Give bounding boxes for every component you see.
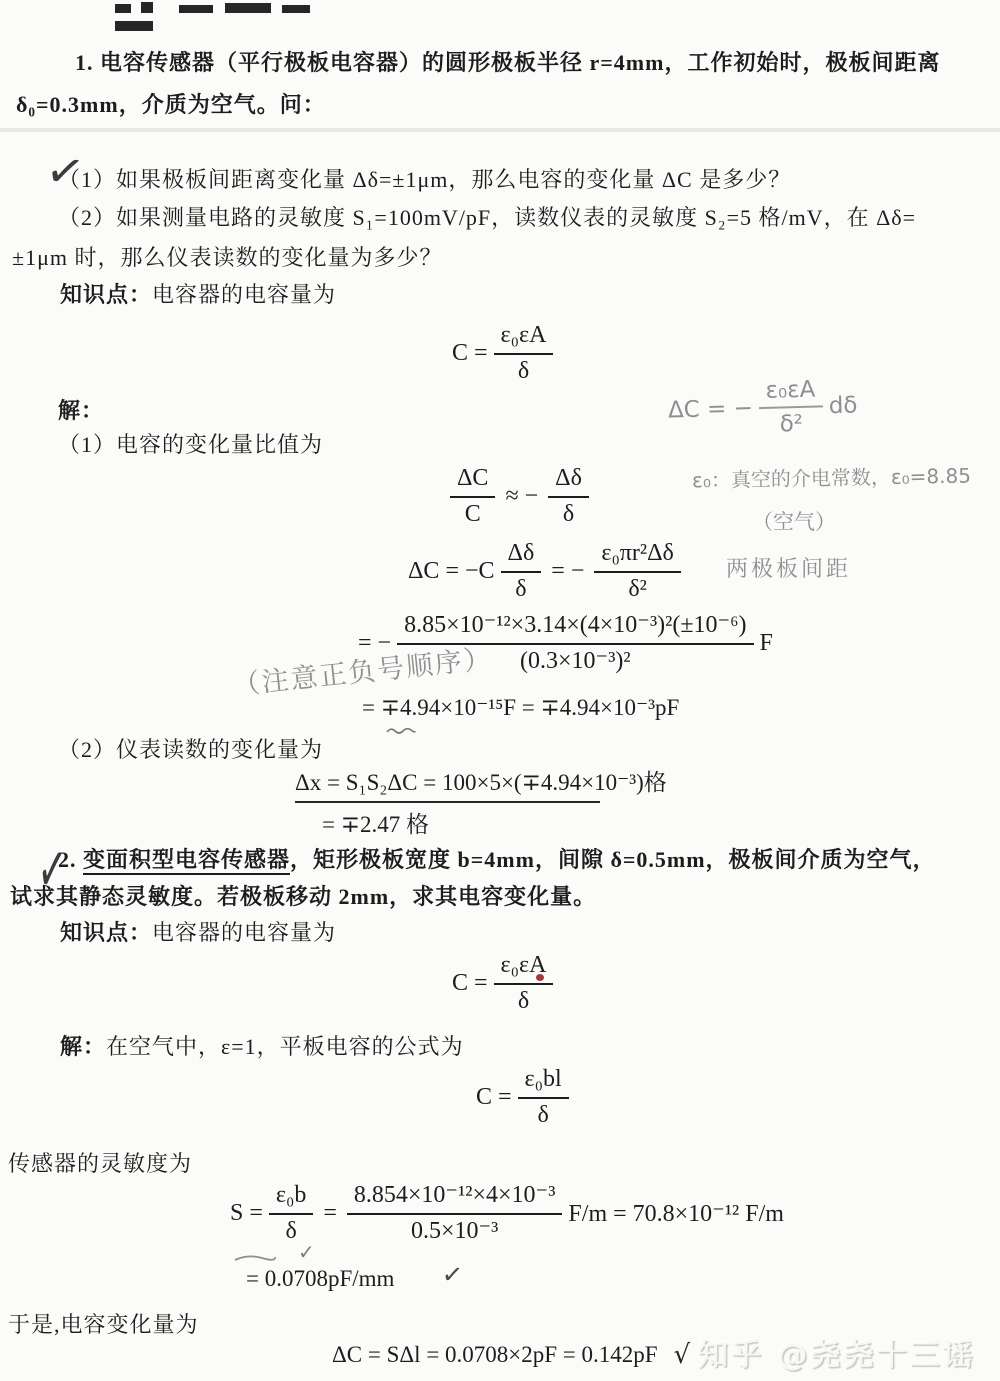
fraction: ε₀πr²Δδ δ² (594, 540, 681, 603)
problem2-title-underlined: 变面积型电容传感器 (83, 847, 290, 875)
result-line-1: = ∓4.94×10⁻¹⁵F = ∓4.94×10⁻³pF (362, 695, 679, 721)
problem2-knowledge-line: 知识点：电容器的电容量为 (60, 916, 336, 947)
handwritten-delta-c-formula: ΔC = − ε₀εA δ² dδ (667, 376, 858, 442)
fraction-denominator: δ² (628, 573, 647, 604)
fraction-numerator: Δδ (501, 540, 542, 573)
formula-lhs: S = (230, 1200, 263, 1227)
conclusion-label: 于是,电容变化量为 (8, 1308, 199, 1339)
step2-label: （2）仪表读数的变化量为 (58, 733, 323, 764)
formula-delta-c: ΔC = −C Δδ δ = − ε₀πr²Δδ δ² (408, 540, 687, 603)
formula-ratio: ΔC C ≈ − Δδ δ (444, 465, 595, 528)
problem1-question2-line1: （2）如果测量电路的灵敏度 S₁=100mV/pF，读数仪表的灵敏度 S₂=5 … (58, 201, 916, 232)
checkmark-problem2: ✓ (36, 830, 69, 911)
result-sensitivity: = 0.0708pF/mm (246, 1266, 394, 1292)
fraction-numerator: Δδ (548, 465, 589, 498)
formula-unit: F (760, 630, 773, 657)
fraction: ε₀b δ (269, 1182, 313, 1245)
formula-reading: Δx = S₁S₂ΔC = 100×5×(∓4.94×10⁻³)格 (295, 764, 667, 797)
formula-capacitance-2: C = ε₀εA δ (452, 952, 559, 1015)
knowledge-text: 电容器的电容量为 (152, 282, 336, 307)
fraction-denominator: δ (518, 985, 529, 1016)
formula-sensitivity: S = ε₀b δ = 8.854×10⁻¹²×4×10⁻³ 0.5×10⁻³ … (230, 1182, 784, 1245)
solution-text: 在空气中，ε=1，平板电容的公式为 (106, 1034, 464, 1059)
watermark: 知乎 @尧尧十三谣 (698, 1330, 975, 1374)
red-dot-annotation (536, 974, 544, 981)
fraction-denominator: δ (563, 498, 574, 529)
fraction-denominator: δ (285, 1215, 296, 1246)
fraction-denominator: δ (515, 573, 526, 604)
operator: ≈ − (505, 483, 538, 510)
formula-lhs: C = (452, 970, 488, 997)
hw-fraction: ε₀εA δ² (758, 376, 823, 439)
formula-lhs: C = (452, 340, 488, 367)
solution-label: 解： (60, 1034, 106, 1059)
hw-fraction-numerator: ε₀εA (758, 376, 823, 409)
hw-formula-suffix: dδ (828, 393, 857, 420)
problem2-statement-line1: 2. 变面积型电容传感器，矩形极板宽度 b=4mm，间隙 δ=0.5mm，极板间… (58, 843, 936, 874)
fraction-denominator: δ (518, 355, 529, 386)
formula-unit: F/m = 70.8×10⁻¹² F/m (568, 1199, 784, 1228)
knowledge-label: 知识点： (60, 282, 152, 307)
fraction-numerator: 8.854×10⁻¹²×4×10⁻³ (347, 1182, 563, 1215)
fraction-numerator: ε₀εA (494, 322, 554, 355)
fraction: Δδ δ (501, 540, 542, 603)
problem1-question2-line2: ±1μm 时，那么仪表读数的变化量为多少？ (12, 241, 442, 272)
handwritten-epsilon-note: ε₀：真空的介电常数，ε₀=8.85 (692, 460, 971, 494)
fraction-numerator: ε₀πr²Δδ (594, 540, 681, 573)
problem1-question1: （1）如果极板间距离变化量 Δδ=±1μm，那么电容的变化量 ΔC 是多少？ (58, 163, 791, 194)
fraction-numerator: ε₀bl (518, 1066, 569, 1099)
fraction-numerator: ΔC (450, 465, 495, 498)
fraction-numerator: ε₀εA (494, 952, 554, 985)
formula-reading-underline (295, 801, 600, 803)
knowledge-label: 知识点： (60, 920, 152, 945)
fraction: ε₀bl δ (518, 1066, 569, 1129)
fraction-denominator: (0.3×10⁻³)² (520, 645, 631, 676)
fraction: Δδ δ (548, 465, 589, 528)
fraction: 8.854×10⁻¹²×4×10⁻³ 0.5×10⁻³ (347, 1182, 563, 1245)
step1-label: （1）电容的变化量比值为 (58, 428, 323, 459)
sensitivity-label: 传感器的灵敏度为 (8, 1147, 192, 1178)
fraction-numerator: ε₀b (269, 1182, 313, 1215)
hw-formula-lhs: ΔC = − (668, 396, 754, 424)
formula-final-text: ΔC = SΔl = 0.0708×2pF = 0.142pF (332, 1342, 658, 1368)
problem1-statement-line1: 1. 电容传感器（平行极板电容器）的圆形极板半径 r=4mm，工作初始时，极板间… (75, 46, 940, 77)
checkmark-under-fraction: ✓ (298, 1240, 315, 1264)
formula-lhs: ΔC = −C (408, 558, 495, 585)
handwritten-gap-note: 两极板间距 (726, 552, 851, 583)
scan-artifact-line (0, 128, 1000, 132)
fraction-denominator: C (465, 498, 481, 529)
formula-lhs: C = (476, 1084, 512, 1111)
fraction-denominator: 0.5×10⁻³ (411, 1215, 498, 1246)
hw-fraction-denominator: δ² (779, 408, 803, 438)
operator: = (323, 1200, 337, 1227)
problem2-statement-rest: ，矩形极板宽度 b=4mm，间隙 δ=0.5mm，极板间介质为空气， (290, 847, 936, 872)
fraction: ΔC C (450, 465, 495, 528)
scanned-document-page: 1. 电容传感器（平行极板电容器）的圆形极板半径 r=4mm，工作初始时，极板间… (0, 0, 1000, 1381)
result-reading: = ∓2.47 格 (322, 806, 429, 839)
operator: = − (551, 558, 584, 585)
fraction: ε₀εA δ (494, 952, 554, 1015)
solution-label-1: 解： (58, 394, 104, 425)
problem2-statement-line2: 试求其静态灵敏度。若极板移动 2mm，求其电容变化量。 (10, 880, 596, 911)
fraction-denominator: δ (537, 1099, 548, 1130)
checkmark-sensitivity: ✓ (441, 1259, 465, 1290)
fraction: ε₀εA δ (494, 322, 554, 385)
handwritten-air-note: （空气） (752, 506, 836, 536)
cropped-title-strokes (115, 0, 345, 13)
problem1-statement-line2: δ₀=0.3mm，介质为空气。问： (16, 88, 326, 119)
checkmark-final: √ (674, 1340, 691, 1370)
formula-final: ΔC = SΔl = 0.0708×2pF = 0.142pF √ (332, 1340, 690, 1370)
problem1-knowledge-line: 知识点：电容器的电容量为 (60, 278, 336, 309)
knowledge-text: 电容器的电容量为 (152, 920, 336, 945)
formula-capacitance-1: C = ε₀εA δ (452, 322, 559, 385)
formula-plate-capacitance: C = ε₀bl δ (476, 1066, 575, 1129)
solution-line-2: 解：在空气中，ε=1，平板电容的公式为 (60, 1030, 464, 1061)
handwritten-squiggle (386, 722, 416, 740)
